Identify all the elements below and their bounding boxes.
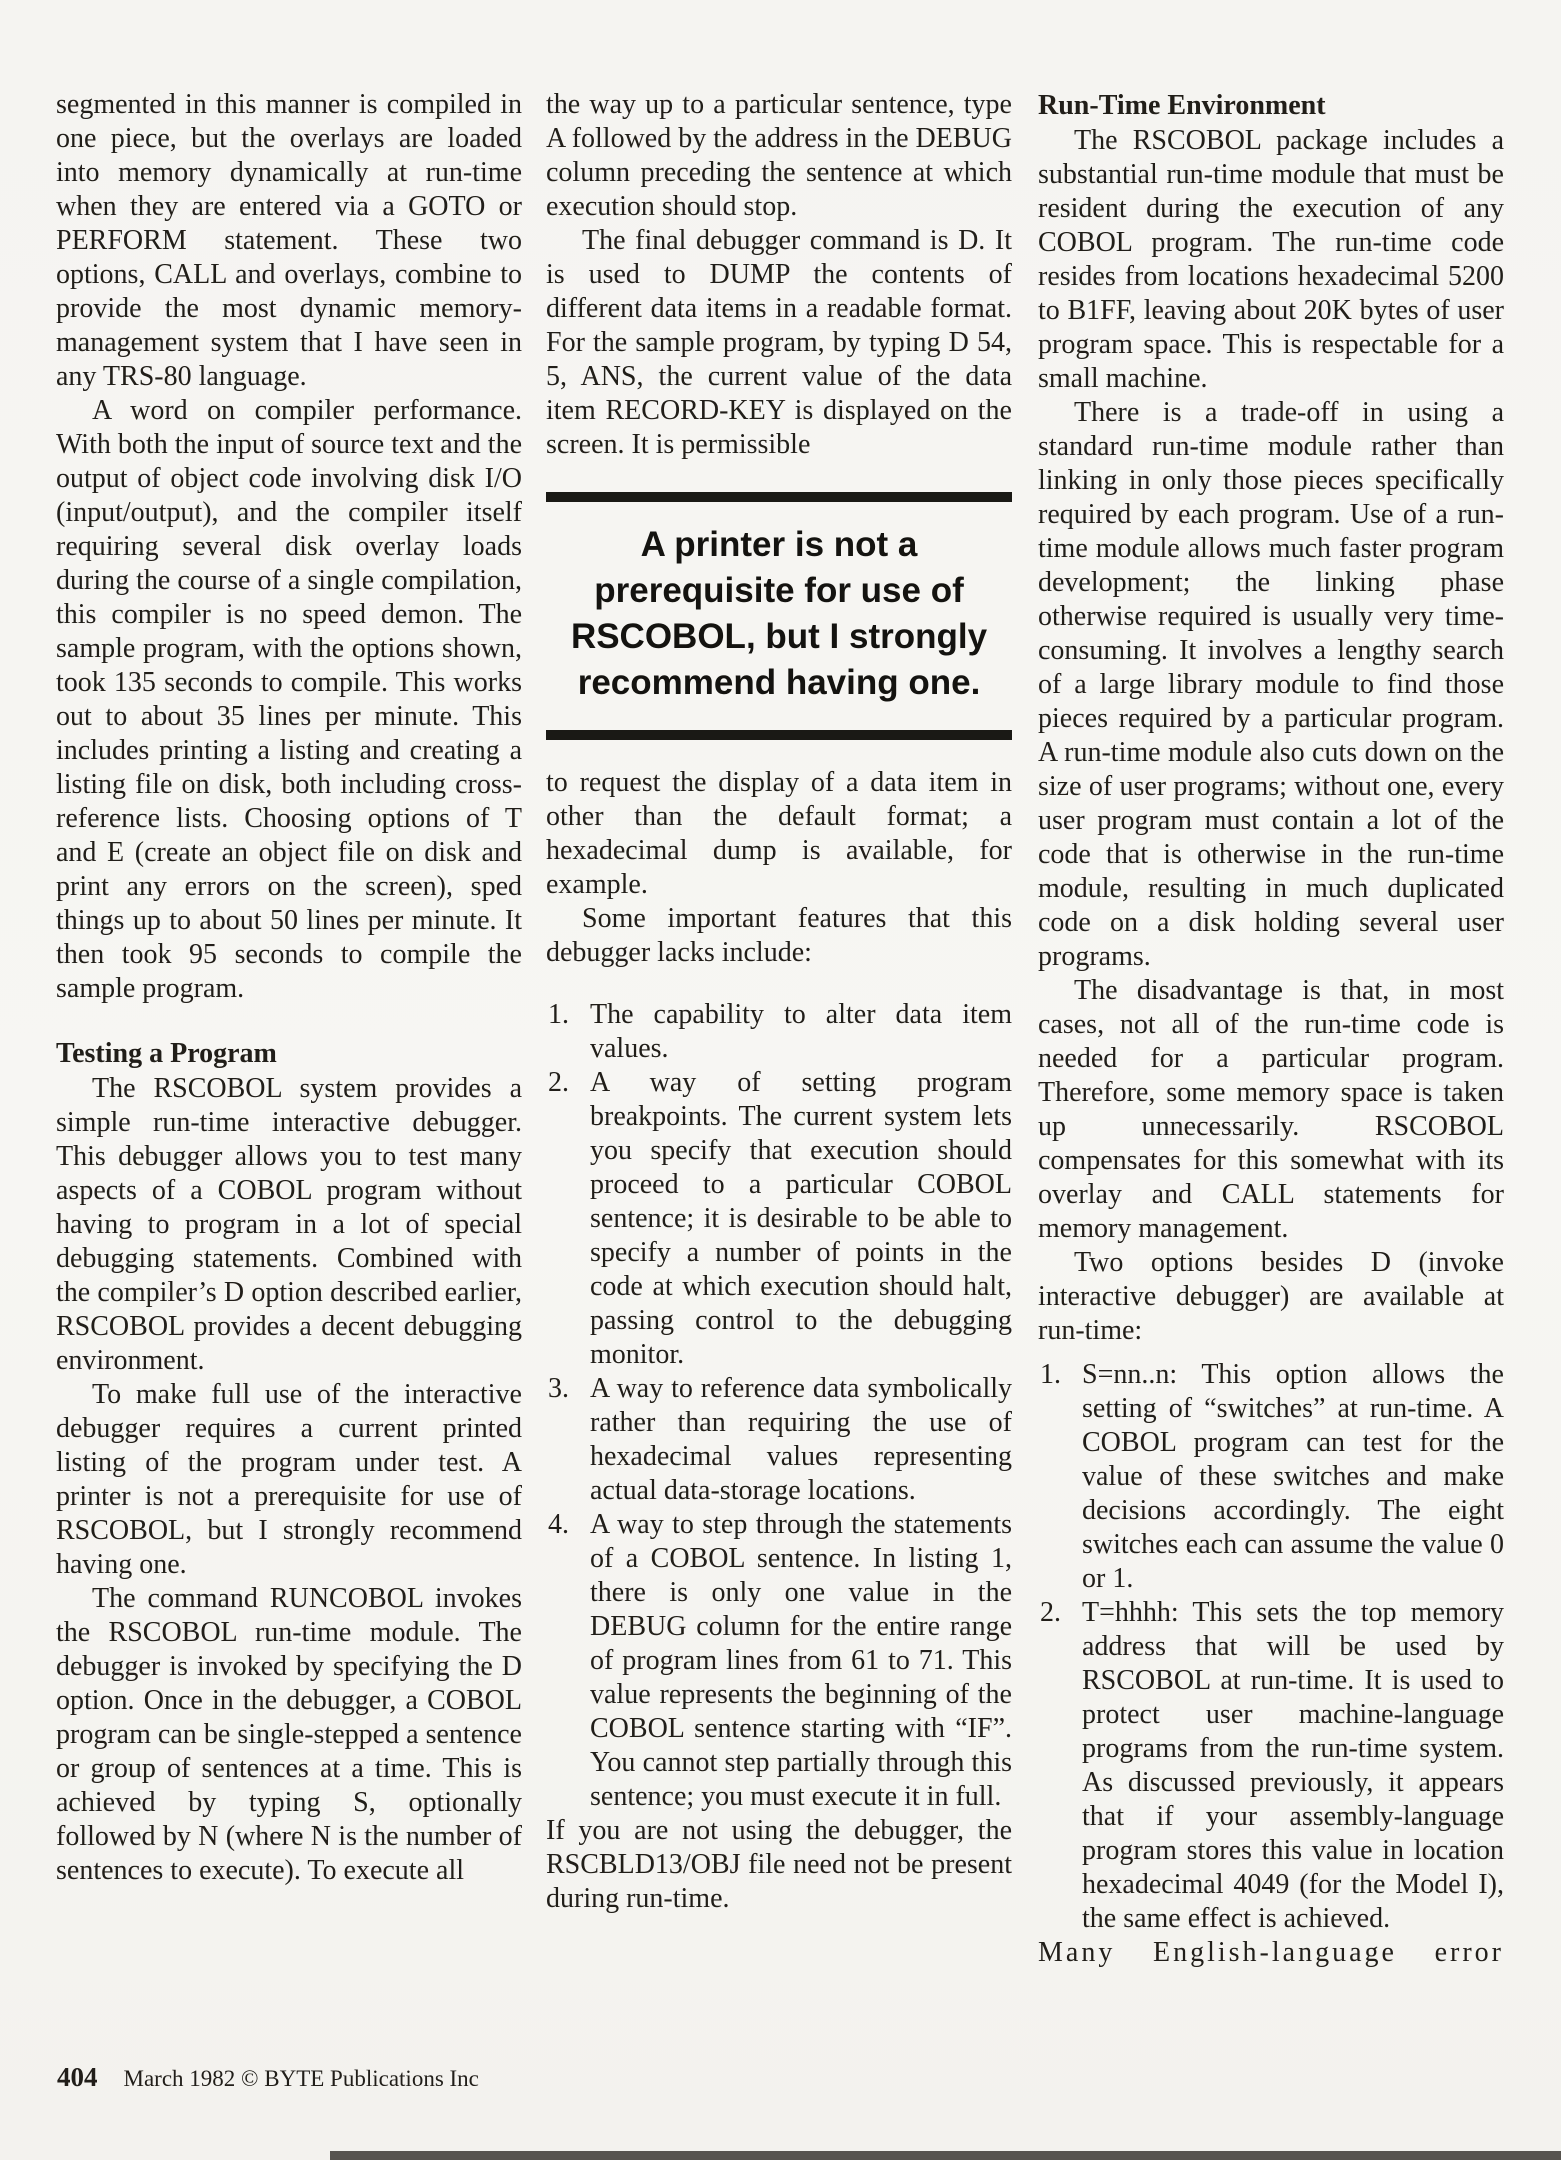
- list-item: 2. A way of setting program breakpoints.…: [546, 1066, 1012, 1372]
- paragraph-right-3: The disadvantage is that, in most cases,…: [1038, 974, 1504, 1246]
- list-item: 2. T=hhhh: This sets the top memory addr…: [1038, 1596, 1504, 1936]
- paragraph-right-1: The RSCOBOL package includes a substanti…: [1038, 124, 1504, 396]
- section-heading-testing-a-program: Testing a Program: [56, 1036, 522, 1072]
- page-number: 404: [57, 2062, 98, 2093]
- list-item-marker: 4.: [548, 1508, 569, 1542]
- list-item-text: S=nn..n: This option allows the setting …: [1082, 1359, 1504, 1594]
- section-heading-run-time-environment: Run-Time Environment: [1038, 88, 1504, 124]
- list-item-marker: 2.: [1040, 1596, 1061, 1630]
- paragraph-middle-4: Some important features that this debugg…: [546, 902, 1012, 970]
- paragraph-middle-3: to request the display of a data item in…: [546, 766, 1012, 902]
- middle-column: the way up to a particular sentence, typ…: [546, 88, 1012, 1916]
- publication-credit: March 1982 © BYTE Publications Inc: [124, 2066, 479, 2092]
- paragraph-left-5: The command RUNCOBOL invokes the RSCOBOL…: [56, 1582, 522, 1888]
- paragraph-right-4: Two options besides D (invoke interactiv…: [1038, 1246, 1504, 1348]
- list-item-marker: 2.: [548, 1066, 569, 1100]
- magazine-page: segmented in this manner is compiled in …: [0, 0, 1561, 2160]
- paragraph-middle-5: If you are not using the debugger, the R…: [546, 1814, 1012, 1916]
- list-item-text: A way to step through the statements of …: [590, 1509, 1012, 1812]
- paragraph-middle-2: The final debugger command is D. It is u…: [546, 224, 1012, 462]
- list-item: 1. S=nn..n: This option allows the setti…: [1038, 1358, 1504, 1596]
- list-item-marker: 1.: [548, 998, 569, 1032]
- numbered-list-debugger-lacks: 1. The capability to alter data item val…: [546, 998, 1012, 1814]
- paragraph-middle-1: the way up to a particular sentence, typ…: [546, 88, 1012, 224]
- left-column: segmented in this manner is compiled in …: [56, 88, 522, 1888]
- paragraph-left-1: segmented in this manner is compiled in …: [56, 88, 522, 394]
- list-item: 4. A way to step through the statements …: [546, 1508, 1012, 1814]
- paragraph-left-4: To make full use of the interactive debu…: [56, 1378, 522, 1582]
- list-item-text: A way to reference data symbolically rat…: [590, 1373, 1012, 1506]
- bottom-scan-bar: [330, 2151, 1561, 2160]
- list-item-text: T=hhhh: This sets the top memory address…: [1082, 1597, 1504, 1934]
- paragraph-left-2: A word on compiler performance. With bot…: [56, 394, 522, 1006]
- paragraph-right-last-line: Many English-language error: [1038, 1936, 1504, 1970]
- list-item-text: The capability to alter data item values…: [590, 999, 1012, 1064]
- paragraph-right-2: There is a trade-off in using a standard…: [1038, 396, 1504, 974]
- list-item: 1. The capability to alter data item val…: [546, 998, 1012, 1066]
- page-footer: 404 March 1982 © BYTE Publications Inc: [57, 2062, 479, 2093]
- paragraph-left-3: The RSCOBOL system provides a simple run…: [56, 1072, 522, 1378]
- list-item-marker: 3.: [548, 1372, 569, 1406]
- right-column: Run-Time Environment The RSCOBOL package…: [1038, 88, 1504, 1970]
- pull-quote: A printer is not a prerequisite for use …: [546, 492, 1012, 740]
- list-item: 3. A way to reference data symbolically …: [546, 1372, 1012, 1508]
- list-item-marker: 1.: [1040, 1358, 1061, 1392]
- numbered-list-runtime-options: 1. S=nn..n: This option allows the setti…: [1038, 1358, 1504, 1936]
- list-item-text: A way of setting program breakpoints. Th…: [590, 1067, 1012, 1370]
